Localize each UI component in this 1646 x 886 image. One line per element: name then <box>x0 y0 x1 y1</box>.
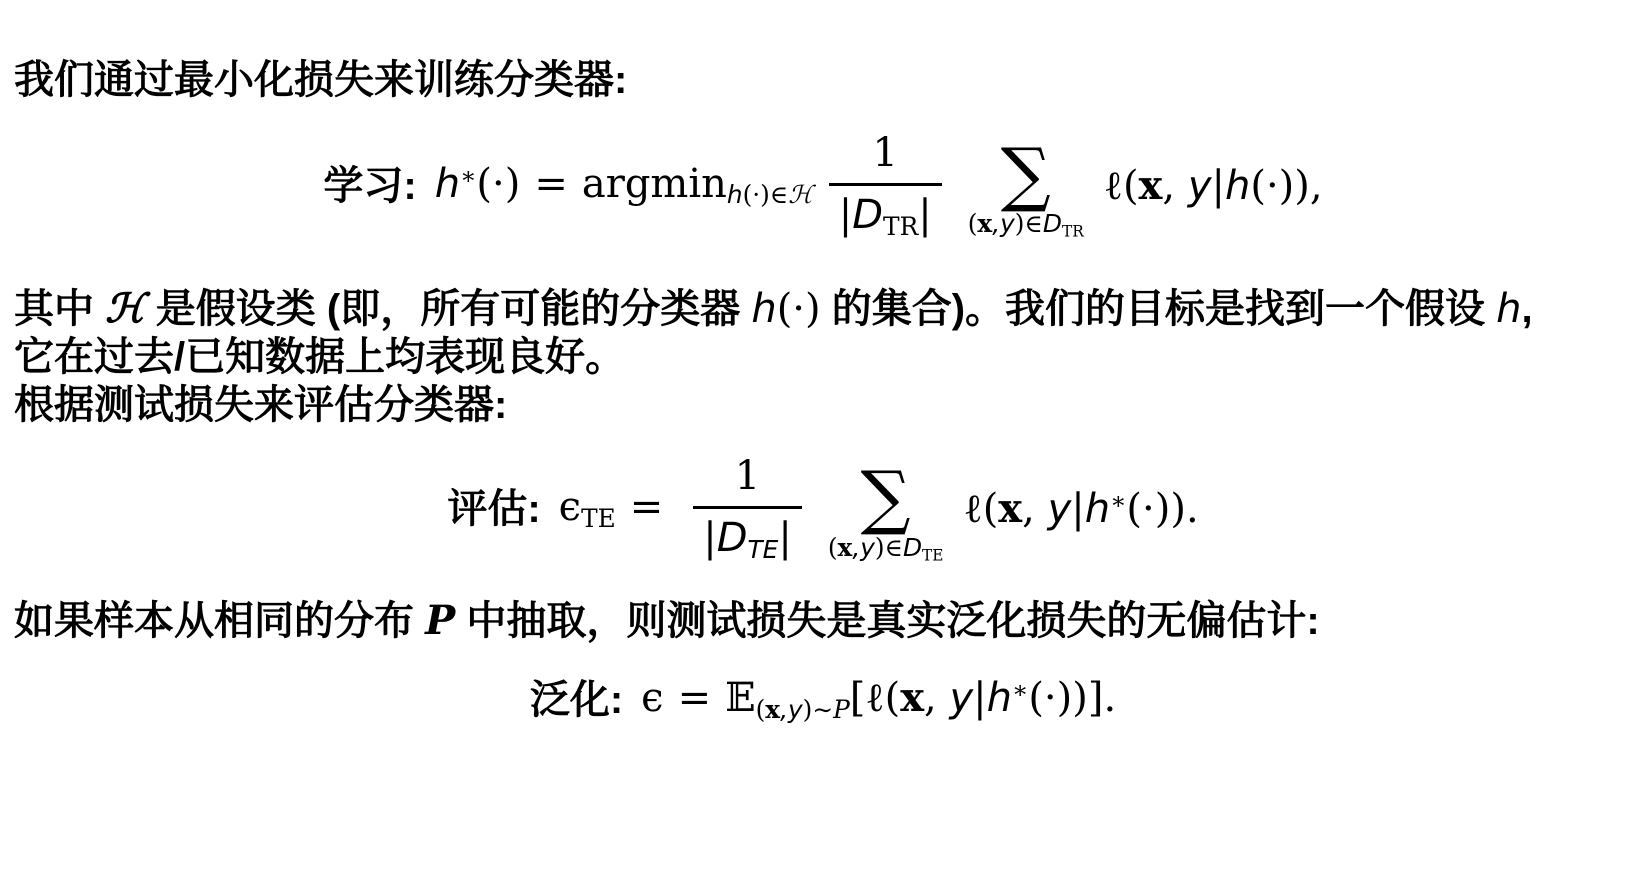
text-run: 如果样本从相同的分布 <box>14 599 425 643</box>
var-x-bold: x <box>765 695 780 724</box>
var-y: y <box>860 533 875 562</box>
math-token: | <box>1212 163 1225 209</box>
hypothesis-class-symbol: ℋ <box>105 285 145 332</box>
fraction-numerator: 1 <box>863 130 908 183</box>
text-run: , <box>1522 287 1533 331</box>
subscript-tr: TR <box>1062 223 1084 241</box>
math-token: , <box>924 675 949 721</box>
fraction-one-over-dtr: 1 |DTR| <box>829 130 942 241</box>
math-token: , <box>1162 163 1187 209</box>
formula-evaluation-lhs: ϵTE= <box>559 484 678 533</box>
sum-symbol: ∑ <box>1001 141 1051 208</box>
formula-evaluation: 评估: ϵTE= 1 |DTE| ∑ (x,y)∈DTE ℓ(x, y|h∗(·… <box>14 453 1632 564</box>
text-run: 中抽取，则测试损失是真实泛化损失的无偏估计: <box>455 599 1319 643</box>
text-run: 其中 <box>14 287 105 331</box>
var-y: y <box>1000 209 1015 238</box>
math-token: ( <box>828 533 838 562</box>
math-token: | <box>778 515 791 561</box>
paragraph-train-intro: 我们通过最小化损失来训练分类器: <box>14 56 1632 104</box>
math-token: ( <box>1123 163 1139 209</box>
paragraph-line: 它在过去/已知数据上均表现良好。 <box>14 333 1632 381</box>
tilde-distributed-as: ∼ <box>812 695 833 724</box>
var-h: h <box>987 675 1012 721</box>
sum-limits: (x,y)∈DTE <box>828 534 944 564</box>
sum-limits: (x,y)∈DTR <box>968 210 1084 240</box>
argmin-subscript: h(·)∈ℋ <box>727 182 813 209</box>
formula-learning-label: 学习: <box>323 162 416 210</box>
math-token: | <box>1071 486 1084 532</box>
formula-generalization: 泛化: ϵ=𝔼(x,y)∼P[ℓ(x, y|h∗(·))]. <box>14 675 1632 725</box>
math-token: | <box>918 192 931 238</box>
distribution-symbol: P <box>833 695 850 724</box>
formula-evaluation-body: ℓ(x, y|h∗(·)). <box>964 486 1199 532</box>
formula-learning-lhs: h∗(·)=argminh(·)∈ℋ <box>435 161 813 211</box>
sum-symbol: ∑ <box>861 464 911 531</box>
paragraph-distribution: 如果样本从相同的分布 P 中抽取，则测试损失是真实泛化损失的无偏估计: <box>14 597 1632 645</box>
var-y: y <box>1188 163 1212 209</box>
formula-evaluation-label: 评估: <box>447 485 540 533</box>
element-of: ∈ <box>1024 209 1042 238</box>
paragraph-line: 根据测试损失来评估分类器: <box>14 381 1632 429</box>
var-D: D <box>852 192 883 238</box>
var-h: h <box>1496 286 1521 332</box>
loss-ell-symbol: ℓ <box>865 675 884 721</box>
star-superscript: ∗ <box>1110 487 1126 515</box>
var-y: y <box>949 675 973 721</box>
math-token: | <box>703 515 716 561</box>
element-of: ∈ <box>885 533 903 562</box>
math-token: [ <box>850 675 866 721</box>
var-h: h <box>435 161 460 207</box>
var-h: h <box>751 286 776 332</box>
expectation-symbol: 𝔼 <box>725 675 756 721</box>
math-token: (·)). <box>1126 486 1198 532</box>
var-h: h <box>1225 163 1250 209</box>
math-token: ( <box>756 695 766 724</box>
var-D: D <box>717 515 748 561</box>
math-token: ( <box>983 486 999 532</box>
subscript-te: TE <box>581 504 616 533</box>
summation-test: ∑ (x,y)∈DTE <box>828 464 944 564</box>
hypothesis-class-symbol: ℋ <box>788 180 813 209</box>
var-y: y <box>1048 486 1072 532</box>
equals-sign: = <box>534 161 568 207</box>
loss-ell-symbol: ℓ <box>964 486 983 532</box>
formula-generalization-body: ϵ=𝔼(x,y)∼P[ℓ(x, y|h∗(·))]. <box>641 675 1116 725</box>
fraction-one-over-dte: 1 |DTE| <box>693 453 802 564</box>
text-run: 是假设类 (即，所有可能的分类器 <box>145 287 752 331</box>
math-token: , <box>780 695 788 724</box>
equals-sign: = <box>630 484 664 530</box>
text-run: 的集合)。我们的目标是找到一个假设 <box>821 287 1497 331</box>
math-token: ) <box>803 695 813 724</box>
fraction-denominator: |DTR| <box>829 183 942 241</box>
notes-page: 我们通过最小化损失来训练分类器: 学习: h∗(·)=argminh(·)∈ℋ … <box>0 0 1646 725</box>
var-x-bold: x <box>998 485 1022 532</box>
epsilon-symbol: ϵ <box>559 484 581 530</box>
fraction-numerator: 1 <box>725 453 770 506</box>
subscript-tr: TR <box>883 212 918 241</box>
args-dot: (·) <box>476 161 520 207</box>
var-x-bold: x <box>838 533 853 562</box>
argmin-operator: argmin <box>582 161 727 207</box>
var-x-bold: x <box>900 674 924 721</box>
expectation-subscript: (x,y)∼P <box>756 697 850 724</box>
text-run: 它在过去/已知数据上均表现良好。 <box>14 335 625 379</box>
var-x-bold: x <box>977 209 992 238</box>
text-run: 根据测试损失来评估分类器: <box>14 383 507 427</box>
math-token: , <box>1022 486 1047 532</box>
math-token: ( <box>885 675 901 721</box>
math-token: ) <box>875 533 885 562</box>
math-token: | <box>973 675 986 721</box>
paragraph-text: 我们通过最小化损失来训练分类器: <box>14 58 627 102</box>
formula-generalization-label: 泛化: <box>530 676 623 724</box>
math-token: (·)), <box>1250 163 1322 209</box>
var-x-bold: x <box>1139 162 1163 209</box>
fraction-denominator: |DTE| <box>693 506 802 564</box>
var-h: h <box>727 180 743 209</box>
var-D: D <box>1043 209 1062 238</box>
args-dot: (·) <box>777 286 821 332</box>
math-token: ( <box>968 209 978 238</box>
loss-ell-symbol: ℓ <box>1104 163 1123 209</box>
var-y: y <box>788 695 803 724</box>
distribution-symbol: P <box>425 597 455 644</box>
var-h: h <box>1085 486 1110 532</box>
star-superscript: ∗ <box>1012 676 1028 704</box>
var-D: D <box>903 533 922 562</box>
formula-learning-body: ℓ(x, y|h(·)), <box>1104 163 1323 209</box>
paragraph-line: 其中 ℋ 是假设类 (即，所有可能的分类器 h(·) 的集合)。我们的目标是找到… <box>14 285 1632 333</box>
subscript-te: TE <box>748 535 779 564</box>
math-token: , <box>992 209 1000 238</box>
star-superscript: ∗ <box>460 161 476 189</box>
element-of: ∈ <box>770 180 788 209</box>
equals-sign: = <box>678 675 712 721</box>
subscript-te: TE <box>922 546 943 564</box>
paragraph-hypothesis-class: 其中 ℋ 是假设类 (即，所有可能的分类器 h(·) 的集合)。我们的目标是找到… <box>14 285 1632 429</box>
args-dot: (·) <box>743 180 770 209</box>
summation-train: ∑ (x,y)∈DTR <box>968 141 1084 241</box>
math-token: (·))]. <box>1028 675 1116 721</box>
formula-learning: 学习: h∗(·)=argminh(·)∈ℋ 1 |DTR| ∑ (x,y)∈D… <box>14 130 1632 241</box>
math-token: | <box>839 192 852 238</box>
epsilon-symbol: ϵ <box>641 675 663 721</box>
